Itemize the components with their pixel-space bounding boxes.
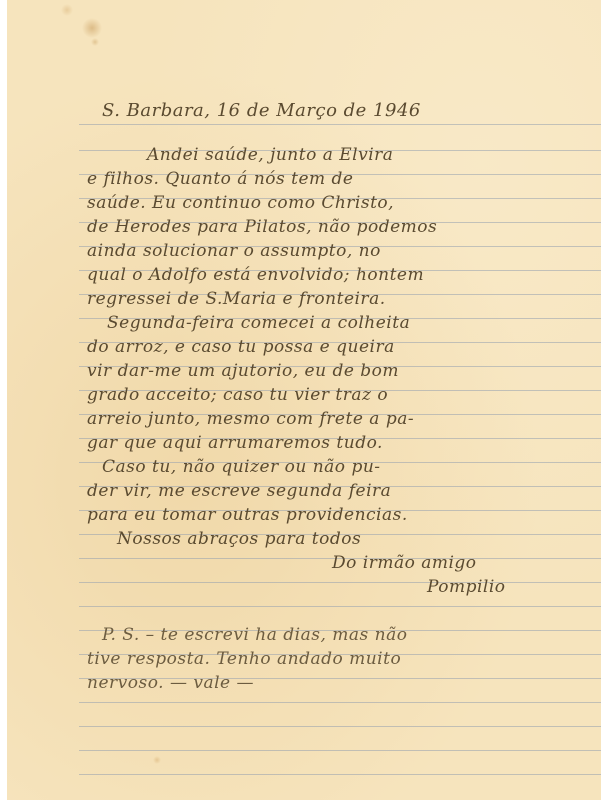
body-line: ainda solucionar o assumpto, no xyxy=(87,241,381,261)
body-line: para eu tomar outras providencias. xyxy=(87,505,408,525)
postscript-line: tive resposta. Tenho andado muito xyxy=(87,649,401,669)
body-line: gar que aqui arrumaremos tudo. xyxy=(87,433,383,453)
body-line: saúde. Eu continuo como Christo, xyxy=(87,193,394,213)
body-line: qual o Adolfo está envolvido; hontem xyxy=(87,265,424,285)
postscript-line: P. S. – te escrevi ha dias, mas não xyxy=(102,625,407,645)
body-line: der vir, me escreve segunda feira xyxy=(87,481,391,501)
body-line: Andei saúde, junto a Elvira xyxy=(147,145,393,165)
ruled-line xyxy=(79,726,601,727)
body-line: de Herodes para Pilatos, não podemos xyxy=(87,217,437,237)
letter-paper: S. Barbara, 16 de Março de 1946 Andei sa… xyxy=(7,0,601,800)
ruled-line xyxy=(79,702,601,703)
body-line: grado acceito; caso tu vier traz o xyxy=(87,385,388,405)
closing: Do irmão amigo xyxy=(332,553,477,573)
place-date: S. Barbara, 16 de Março de 1946 xyxy=(102,100,421,121)
body-line: arreio junto, mesmo com frete a pa- xyxy=(87,409,414,429)
ruled-line xyxy=(79,124,601,125)
body-line: e filhos. Quanto á nós tem de xyxy=(87,169,354,189)
body-line: vir dar-me um ajutorio, eu de bom xyxy=(87,361,399,381)
ruled-line xyxy=(79,606,601,607)
body-line: do arroz, e caso tu possa e queira xyxy=(87,337,395,357)
body-line: Caso tu, não quizer ou não pu- xyxy=(102,457,381,477)
body-line: Nossos abraços para todos xyxy=(117,529,361,549)
ruled-line xyxy=(79,750,601,751)
signature: Pompilio xyxy=(427,577,506,597)
postscript-line: nervoso. — vale — xyxy=(87,673,254,693)
body-line: Segunda-feira comecei a colheita xyxy=(107,313,410,333)
body-line: regressei de S.Maria e fronteira. xyxy=(87,289,386,309)
ruled-line xyxy=(79,582,601,583)
ruled-line xyxy=(79,774,601,775)
